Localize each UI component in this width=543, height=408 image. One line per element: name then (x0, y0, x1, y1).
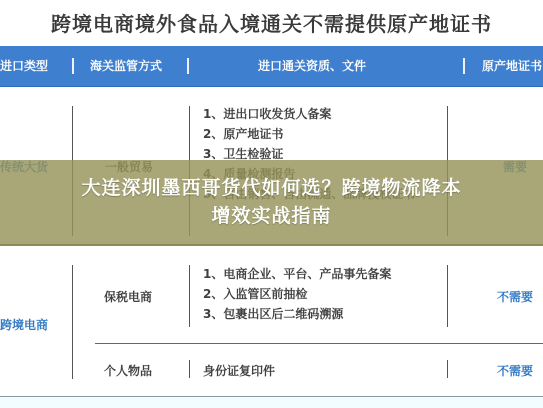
column-divider (447, 265, 448, 327)
bottom-border (0, 396, 543, 408)
document-item: 2、入监管区前抽检 (203, 284, 391, 304)
column-divider (72, 265, 73, 379)
header-customs-mode: 海关监管方式 (90, 46, 162, 86)
header-import-type: 进口类型 (0, 46, 48, 86)
document-item: 3、包裹出区后二维码溯源 (203, 304, 391, 324)
row3-customs-mode: 个人物品 (104, 362, 152, 379)
row2-import-type: 跨境电商 (0, 316, 48, 333)
column-divider (189, 265, 190, 327)
document-item: 1、进出口收发货人备案 (203, 104, 415, 124)
header-divider (463, 58, 465, 74)
column-divider (447, 360, 448, 378)
row2-customs-mode: 保税电商 (104, 288, 152, 305)
header-divider (187, 58, 189, 74)
article-title-overlay[interactable]: 大连深圳墨西哥货代如何选？跨境物流降本 增效实战指南 (0, 160, 543, 246)
row3-origin-cert: 不需要 (497, 362, 533, 379)
row2-documents: 1、电商企业、平台、产品事先备案 2、入监管区前抽检 3、包裹出区后二维码溯源 (203, 264, 391, 324)
column-divider (189, 360, 190, 378)
document-item: 1、电商企业、平台、产品事先备案 (203, 264, 391, 284)
overlay-title-line2: 增效实战指南 (211, 202, 331, 230)
overlay-title-line1: 大连深圳墨西哥货代如何选？跨境物流降本 (81, 174, 461, 202)
header-divider (72, 58, 74, 74)
table-header: 进口类型 海关监管方式 进口通关资质、文件 原产地证书 (0, 46, 543, 87)
header-documents: 进口通关资质、文件 (258, 46, 366, 86)
header-origin-cert: 原产地证书 (482, 46, 542, 86)
document-item: 2、原产地证书 (203, 124, 415, 144)
page-title: 跨境电商境外食品入境通关不需提供原产地证书 (0, 0, 543, 44)
row2-origin-cert: 不需要 (497, 288, 533, 305)
row3-documents: 身份证复印件 (203, 362, 275, 379)
row-divider (95, 343, 543, 344)
